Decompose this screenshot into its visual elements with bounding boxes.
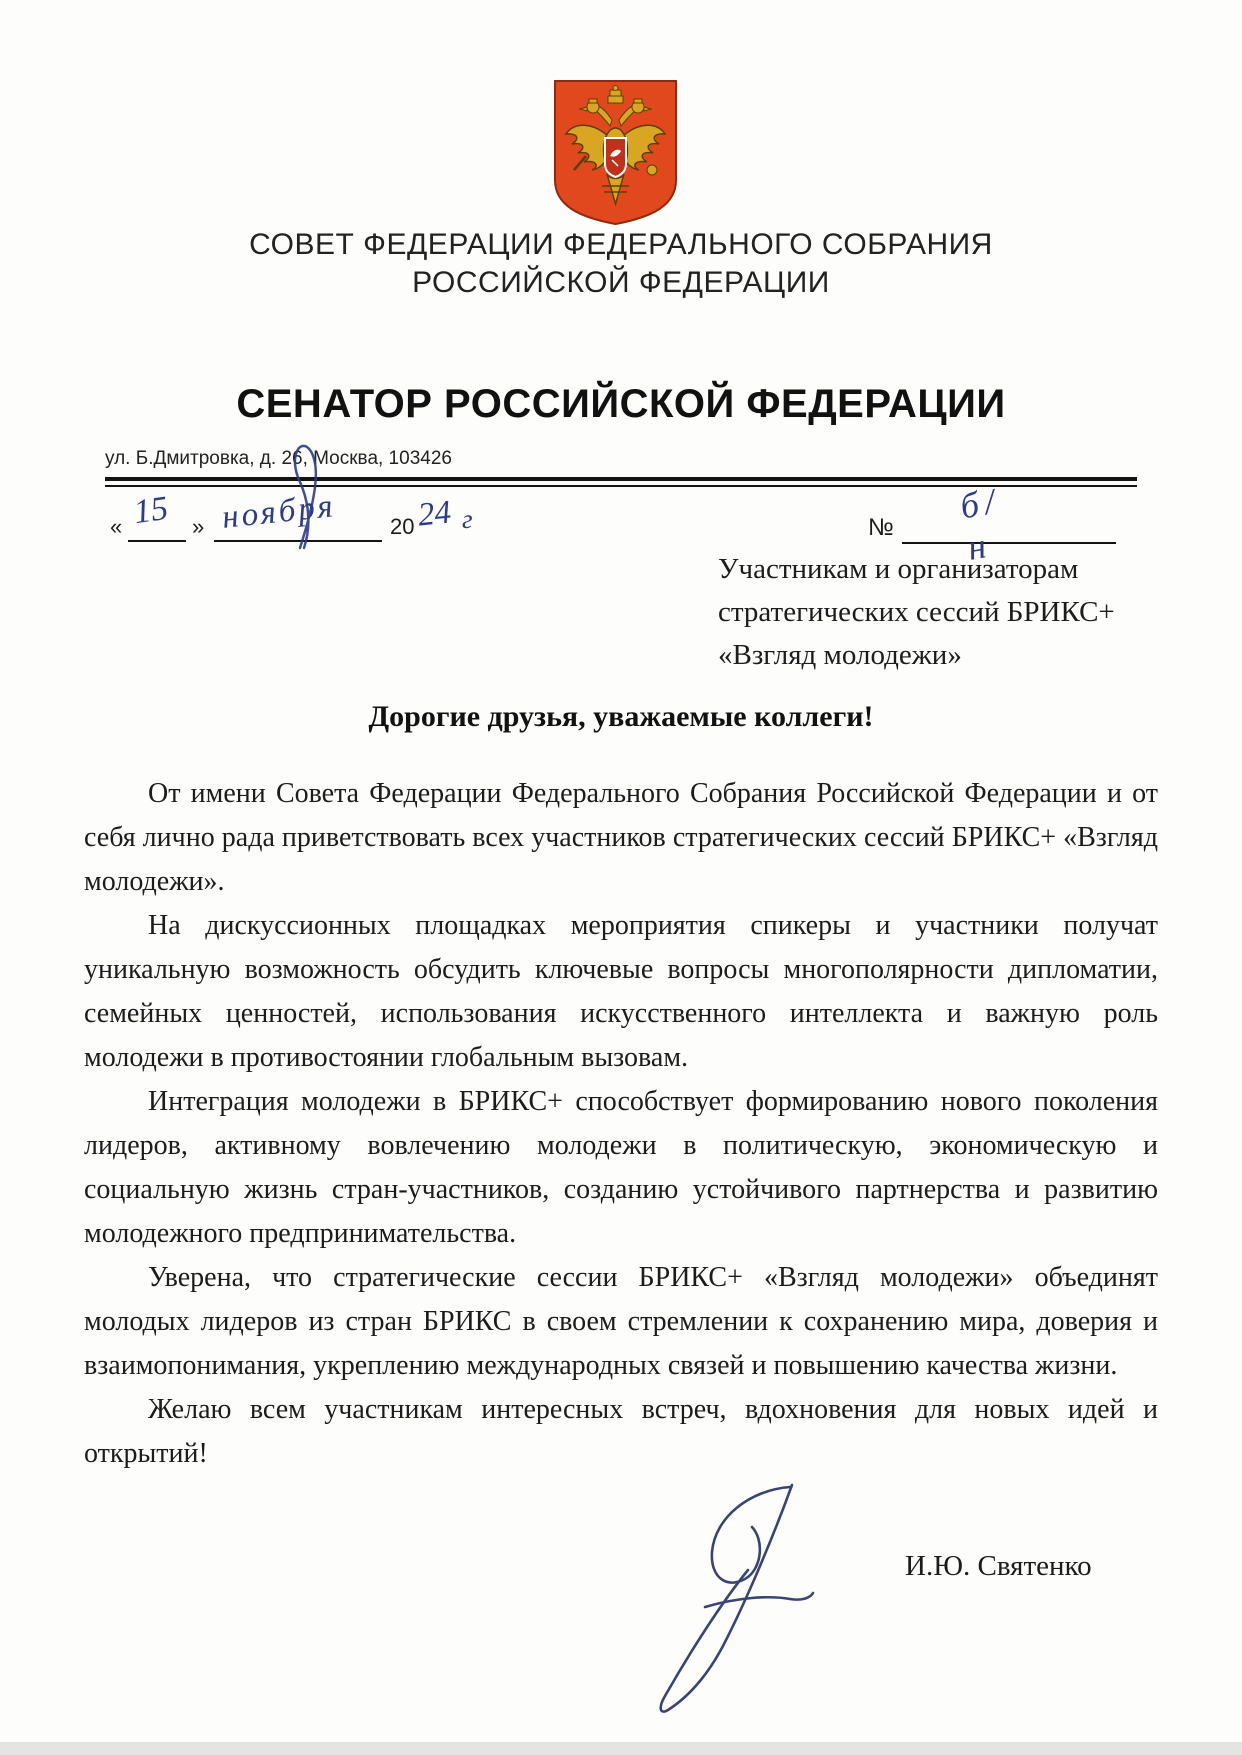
date-open-quote: «	[110, 514, 122, 540]
body-paragraph-4: Уверена, что стратегические сессии БРИКС…	[84, 1256, 1158, 1388]
salutation: Дорогие друзья, уважаемые коллеги!	[0, 700, 1242, 734]
org-name-line2: РОССИЙСКОЙ ФЕДЕРАЦИИ	[0, 266, 1242, 300]
letter-title: СЕНАТОР РОССИЙСКОЙ ФЕДЕРАЦИИ	[0, 382, 1242, 427]
letter-page: СОВЕТ ФЕДЕРАЦИИ ФЕДЕРАЛЬНОГО СОБРАНИЯ РО…	[0, 0, 1242, 1755]
date-day-handwritten: 15	[132, 490, 171, 532]
number-label: №	[868, 514, 894, 542]
letter-body: От имени Совета Федерации Федерального С…	[84, 772, 1158, 1476]
date-year-suffix-handwritten: г	[462, 504, 473, 535]
body-paragraph-3: Интеграция молодежи в БРИКС+ способствуе…	[84, 1080, 1158, 1256]
date-close-quote: »	[192, 514, 204, 540]
signature-scribble	[630, 1472, 830, 1722]
body-paragraph-2: На дискуссионных площадках мероприятия с…	[84, 904, 1158, 1080]
body-paragraph-5: Желаю всем участникам интересных встреч,…	[84, 1388, 1158, 1476]
pen-flourish	[240, 412, 360, 552]
date-year-handwritten: 24	[416, 494, 453, 534]
recipient-line1: Участникам и организаторам	[718, 548, 1115, 591]
body-paragraph-1: От имени Совета Федерации Федерального С…	[84, 772, 1158, 904]
recipient-block: Участникам и организаторам стратегически…	[718, 548, 1115, 677]
scan-edge-strip	[0, 1742, 1242, 1755]
org-name-line1: СОВЕТ ФЕДЕРАЦИИ ФЕДЕРАЛЬНОГО СОБРАНИЯ	[0, 228, 1242, 262]
russian-coat-of-arms-icon	[552, 78, 679, 226]
number-blank	[902, 500, 1116, 544]
recipient-line3: «Взгляд молодежи»	[718, 634, 1115, 677]
recipient-line2: стратегических сессий БРИКС+	[718, 591, 1115, 634]
signer-name: И.Ю. Святенко	[905, 1550, 1092, 1583]
date-year-printed: 20	[390, 514, 414, 540]
